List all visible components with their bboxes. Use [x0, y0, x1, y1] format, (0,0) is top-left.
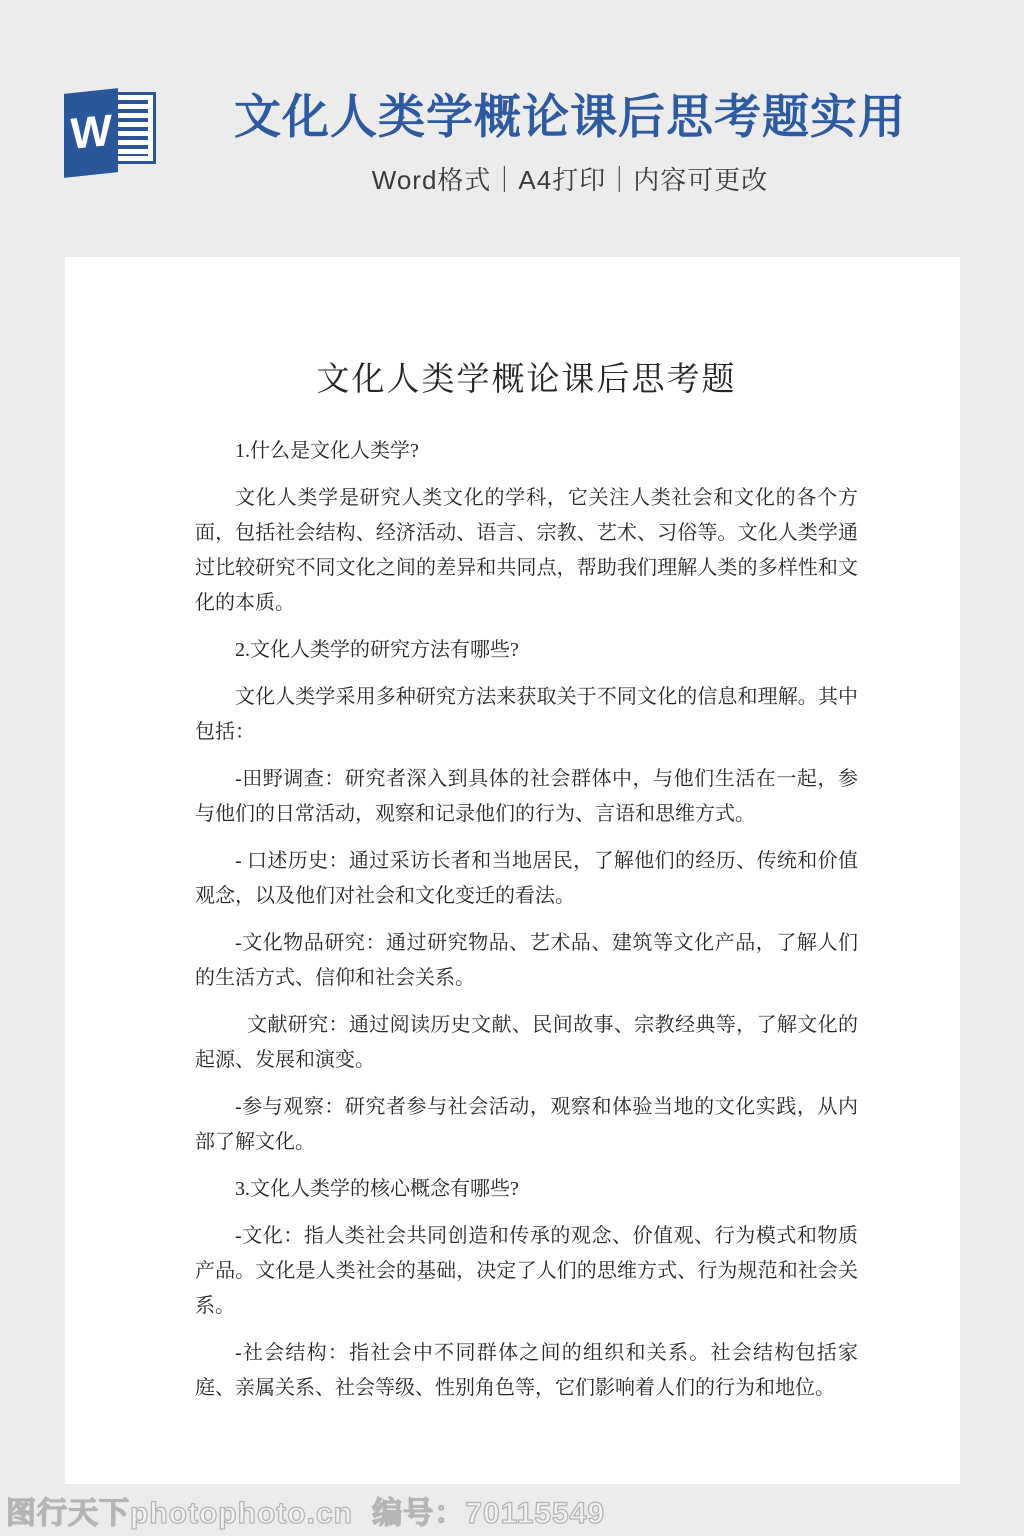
document-title: 文化人类学概论课后思考题	[195, 353, 858, 400]
document-paragraph: - 口述历史：通过采访长者和当地居民，了解他们的经历、传统和价值观念，以及他们对…	[195, 844, 858, 914]
watermark-id-number: 70115549	[465, 1497, 605, 1530]
document-paragraph: 3.文化人类学的核心概念有哪些?	[195, 1172, 858, 1207]
watermark-text: 图行天下photophoto.cn 编号：70115549	[6, 1488, 605, 1532]
document-paragraph: 1.什么是文化人类学?	[195, 434, 858, 469]
document-paragraph: -参与观察：研究者参与社会活动，观察和体验当地的文化实践，从内部了解文化。	[195, 1090, 858, 1160]
document-paragraph: -社会结构：指社会中不同群体之间的组织和关系。社会结构包括家庭、亲属关系、社会等…	[195, 1336, 858, 1406]
document-paragraph: -文化物品研究：通过研究物品、艺术品、建筑等文化产品，了解人们的生活方式、信仰和…	[195, 926, 858, 996]
document-paragraph: 文化人类学是研究人类文化的学科，它关注人类社会和文化的各个方面，包括社会结构、经…	[195, 481, 858, 621]
footer-watermark-bar: 图行天下photophoto.cn 编号：70115549	[0, 1484, 1024, 1536]
document-paragraph: 2.文化人类学的研究方法有哪些?	[195, 633, 858, 668]
document-content: 文化人类学概论课后思考题 1.什么是文化人类学?文化人类学是研究人类文化的学科，…	[65, 257, 960, 1406]
watermark-id-label: 编号：	[372, 1497, 465, 1530]
document-paragraph: -文化：指人类社会共同创造和传承的观念、价值观、行为模式和物质产品。文化是人类社…	[195, 1219, 858, 1324]
header: W 文化人类学概论课后思考题实用 Word格式｜A4打印｜内容可更改	[0, 0, 1024, 257]
template-title: 文化人类学概论课后思考题实用	[170, 90, 970, 144]
document-body: 1.什么是文化人类学?文化人类学是研究人类文化的学科，它关注人类社会和文化的各个…	[195, 434, 858, 1406]
document-paragraph: 文化人类学采用多种研究方法来获取关于不同文化的信息和理解。其中包括：	[195, 680, 858, 750]
document-paragraph: -田野调查：研究者深入到具体的社会群体中，与他们生活在一起，参与他们的日常活动，…	[195, 762, 858, 832]
header-text-block: 文化人类学概论课后思考题实用 Word格式｜A4打印｜内容可更改	[170, 90, 970, 197]
document-page: 文化人类学概论课后思考题 1.什么是文化人类学?文化人类学是研究人类文化的学科，…	[65, 257, 960, 1484]
document-paragraph: 文献研究：通过阅读历史文献、民间故事、宗教经典等，了解文化的起源、发展和演变。	[195, 1008, 858, 1078]
word-file-icon: W	[64, 84, 158, 180]
template-subtitle: Word格式｜A4打印｜内容可更改	[170, 160, 970, 197]
watermark-site-name: 图行天下photophoto.cn	[6, 1497, 353, 1530]
word-icon-letter: W	[64, 88, 118, 178]
